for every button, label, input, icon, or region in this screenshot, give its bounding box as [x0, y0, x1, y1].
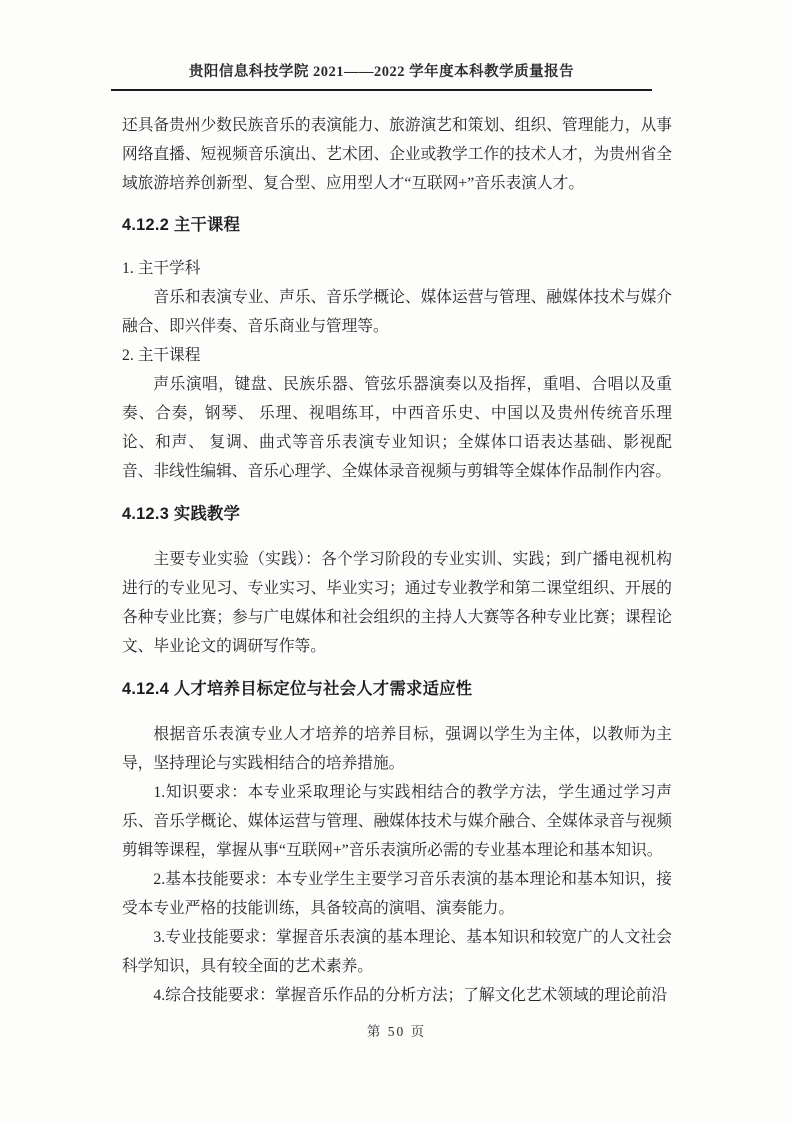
section-heading-4-12-2: 4.12.2 主干课程	[122, 210, 672, 240]
section-talent-goals: 4.12.4 人才培养目标定位与社会人才需求适应性 根据音乐表演专业人才培养的培…	[122, 674, 672, 1010]
header-title: 贵阳信息科技学院 2021——2022 学年度本科教学质量报告	[111, 62, 652, 89]
paragraph-main-courses: 声乐演唱，键盘、民族乐器、管弦乐器演奏以及指挥，重唱、合唱以及重奏、合奏，钢琴、…	[122, 370, 672, 486]
page-body: 还具备贵州少数民族音乐的表演能力、旅游演艺和策划、组织、管理能力，从事网络直播、…	[0, 91, 793, 1010]
list-label-main-discipline: 1. 主干学科	[122, 254, 672, 283]
document-page: 贵阳信息科技学院 2021——2022 学年度本科教学质量报告 还具备贵州少数民…	[0, 0, 793, 1122]
page-header: 贵阳信息科技学院 2021——2022 学年度本科教学质量报告	[0, 0, 793, 91]
section-heading-4-12-3: 4.12.3 实践教学	[122, 499, 672, 529]
paragraph-knowledge-requirement: 1.知识要求：本专业采取理论与实践相结合的教学方法，学生通过学习声乐、音乐学概论…	[122, 778, 672, 865]
continuation-paragraph: 还具备贵州少数民族音乐的表演能力、旅游演艺和策划、组织、管理能力，从事网络直播、…	[122, 111, 672, 198]
paragraph-main-discipline: 音乐和表演专业、声乐、音乐学概论、媒体运营与管理、融媒体技术与媒介融合、即兴伴奏…	[122, 283, 672, 341]
section-heading-4-12-4: 4.12.4 人才培养目标定位与社会人才需求适应性	[122, 674, 672, 704]
list-label-main-courses: 2. 主干课程	[122, 341, 672, 370]
paragraph-professional-skill-requirement: 3.专业技能要求：掌握音乐表演的基本理论、基本知识和较宽广的人文社会科学知识，具…	[122, 923, 672, 981]
page-footer: 第 50 页	[0, 1020, 793, 1040]
section-main-courses: 4.12.2 主干课程 1. 主干学科 音乐和表演专业、声乐、音乐学概论、媒体运…	[122, 210, 672, 486]
paragraph-comprehensive-skill-requirement: 4.综合技能要求：掌握音乐作品的分析方法；了解文化艺术领域的理论前沿	[122, 981, 672, 1010]
paragraph-basic-skill-requirement: 2.基本技能要求：本专业学生主要学习音乐表演的基本理论和基本知识，接受本专业严格…	[122, 865, 672, 923]
paragraph-talent-goals-intro: 根据音乐表演专业人才培养的培养目标，强调以学生为主体，以教师为主导，坚持理论与实…	[122, 720, 672, 778]
paragraph-practical-teaching: 主要专业实验（实践）：各个学习阶段的专业实训、实践；到广播电视机构进行的专业见习…	[122, 545, 672, 661]
page-number: 第 50 页	[0, 1020, 793, 1040]
section-practical-teaching: 4.12.3 实践教学 主要专业实验（实践）：各个学习阶段的专业实训、实践；到广…	[122, 499, 672, 661]
header-rule: 贵阳信息科技学院 2021——2022 学年度本科教学质量报告	[111, 62, 652, 91]
